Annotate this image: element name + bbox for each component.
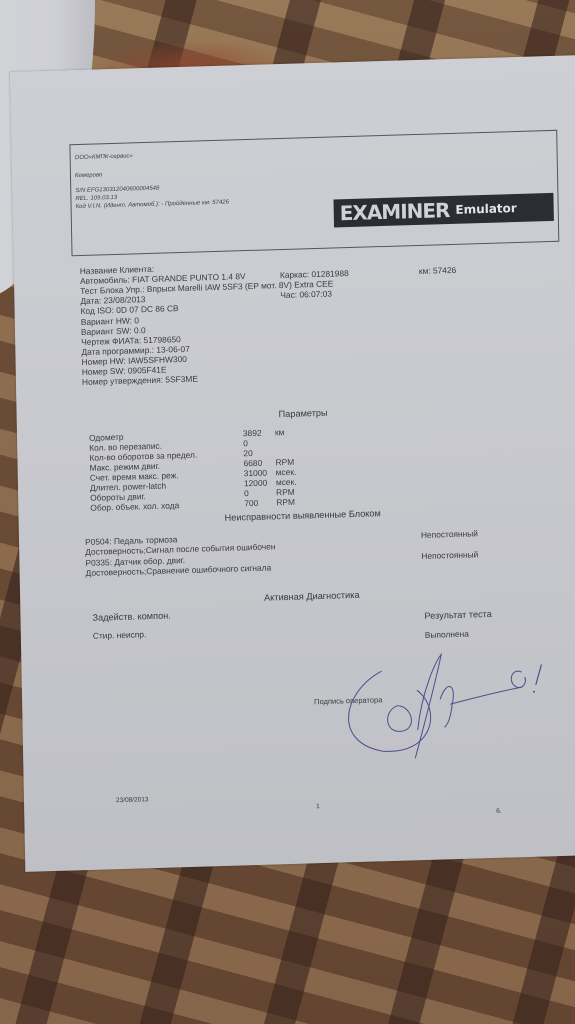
parameter-unit: мсек. [276, 467, 297, 478]
examiner-logo: EXAMINER Emulator [333, 193, 553, 228]
logo-main-text: EXAMINER [334, 198, 450, 225]
parameter-unit: RPM [276, 497, 295, 508]
parameter-value: 20 [243, 448, 253, 458]
active-diagnostics-title: Активная Диагностика [264, 590, 360, 603]
report-header-box: ООО«КМПК-сервис» Кемерово S/N EFG1303120… [69, 130, 559, 256]
parameter-value: 6680 [243, 458, 262, 469]
diagnostic-report-page: ООО«КМПК-сервис» Кемерово S/N EFG1303120… [10, 54, 575, 872]
logo-sub-text: Emulator [455, 201, 517, 217]
parameter-value: 12000 [244, 478, 267, 489]
report-time: Час: 06:07:03 [280, 289, 332, 301]
component-header: Задейств. компон. [92, 610, 170, 622]
parameter-unit: RPM [275, 457, 294, 468]
company-name: ООО«КМПК-сервис» [75, 153, 133, 161]
faults-title: Неисправности выявленные Блоком [224, 508, 380, 523]
parameter-value: 3892 [243, 428, 262, 439]
parameter-unit: км [275, 427, 285, 437]
page-number: 1 [316, 803, 320, 810]
city: Кемерово [75, 172, 102, 179]
footer-mark: 6. [496, 808, 502, 815]
component-name: Стир. неиспр. [93, 629, 147, 641]
parameter-value: 700 [244, 498, 258, 508]
test-result: Выполнена [425, 629, 469, 640]
operator-signature [321, 646, 553, 763]
parameter-label: Обор. объек. хол. хода [90, 500, 179, 513]
serial-number: S/N EFG130312040600004548 [75, 186, 159, 194]
parameter-value: 0 [243, 438, 248, 448]
parameter-value: 31000 [244, 468, 267, 479]
approval-number: Номер утверждения: 5SF3ME [82, 374, 198, 387]
footer-date: 23/08/2013 [116, 796, 149, 804]
parameters-title: Параметры [279, 408, 328, 419]
parameter-unit: мсек. [276, 477, 297, 488]
iso-code: Код ISO: 0D 07 DC 86 CB [81, 303, 179, 316]
mileage: км: 57426 [419, 265, 457, 276]
fault-status: Непостоянный [421, 549, 478, 561]
release: REL. 109.03.13 [75, 195, 117, 202]
parameter-unit: RPM [276, 487, 295, 498]
result-header: Результат теста [424, 609, 492, 621]
parameter-value: 0 [244, 488, 249, 498]
fault-status: Непостоянный [421, 528, 478, 540]
